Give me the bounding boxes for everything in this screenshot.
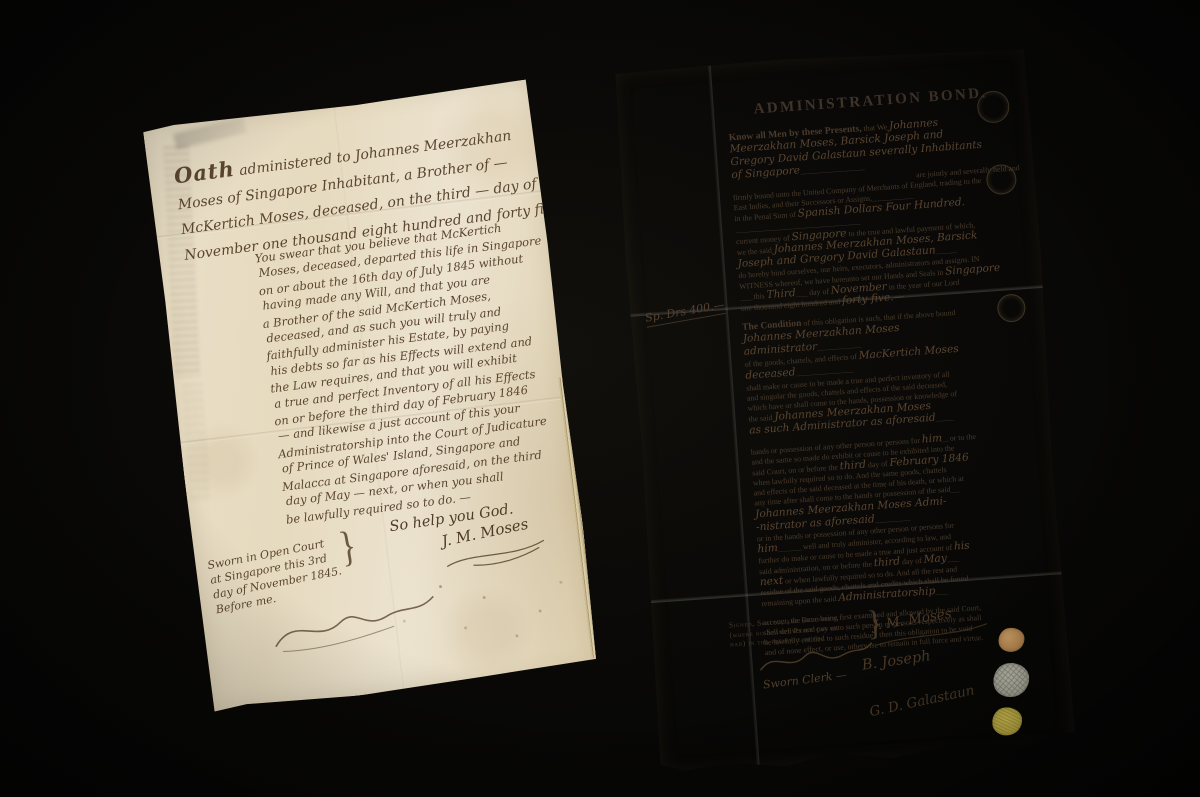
- printed-text: day of: [866, 459, 890, 470]
- blank-rule: _______: [935, 245, 956, 255]
- blank-rule: ________: [778, 543, 802, 554]
- administration-bond-document: Sp. Drs 400.— ADMINISTRATION BOND. Know …: [612, 42, 1076, 775]
- blank-rule: __: [942, 434, 948, 443]
- blank-rule: ____: [795, 288, 807, 298]
- signature-g-d-galastaun: G. D. Galastaun: [868, 682, 976, 720]
- blank-rule: _______________: [817, 340, 861, 352]
- printed-text: the said: [748, 413, 775, 424]
- blank-rule: ____: [946, 554, 958, 564]
- printed-text: this: [751, 291, 767, 301]
- blank-rule: ___: [950, 484, 959, 494]
- handwritten-text: his: [954, 540, 970, 553]
- photograph-scene: Oath administered to Johannes Meerzakhan…: [0, 0, 1200, 797]
- blank-rule: ______: [935, 412, 953, 422]
- bond-condition-paragraph: The Condition of this obligation is such…: [742, 303, 1037, 438]
- blank-rule: ____: [740, 292, 752, 302]
- bond-opening-paragraph: Know all Men by these Presents, that We …: [728, 112, 1028, 314]
- oath-document: Oath administered to Johannes Meerzakhan…: [142, 79, 599, 713]
- printed-text: day of: [900, 556, 924, 567]
- penal-sum-margin-note: Sp. Drs 400.—: [644, 298, 726, 328]
- wax-seal-gray: [992, 662, 1030, 698]
- bond-printed-form: ADMINISTRATION BOND. Know all Men by the…: [726, 83, 1053, 667]
- blank-rule: ______________________: [800, 162, 864, 175]
- oath-body-text: You swear that you believe that McKertic…: [254, 217, 565, 527]
- ink-specks: [439, 585, 442, 588]
- printed-text: or to the: [948, 432, 976, 443]
- blank-rule: ____________: [874, 513, 909, 524]
- bond-clause-paragraph: hands or possession of any other person …: [750, 426, 1049, 609]
- printed-text: day of: [807, 287, 831, 298]
- wax-seal-yellow: [991, 706, 1023, 736]
- blank-rule: ____: [935, 587, 947, 597]
- folded-page-edges: [558, 377, 598, 658]
